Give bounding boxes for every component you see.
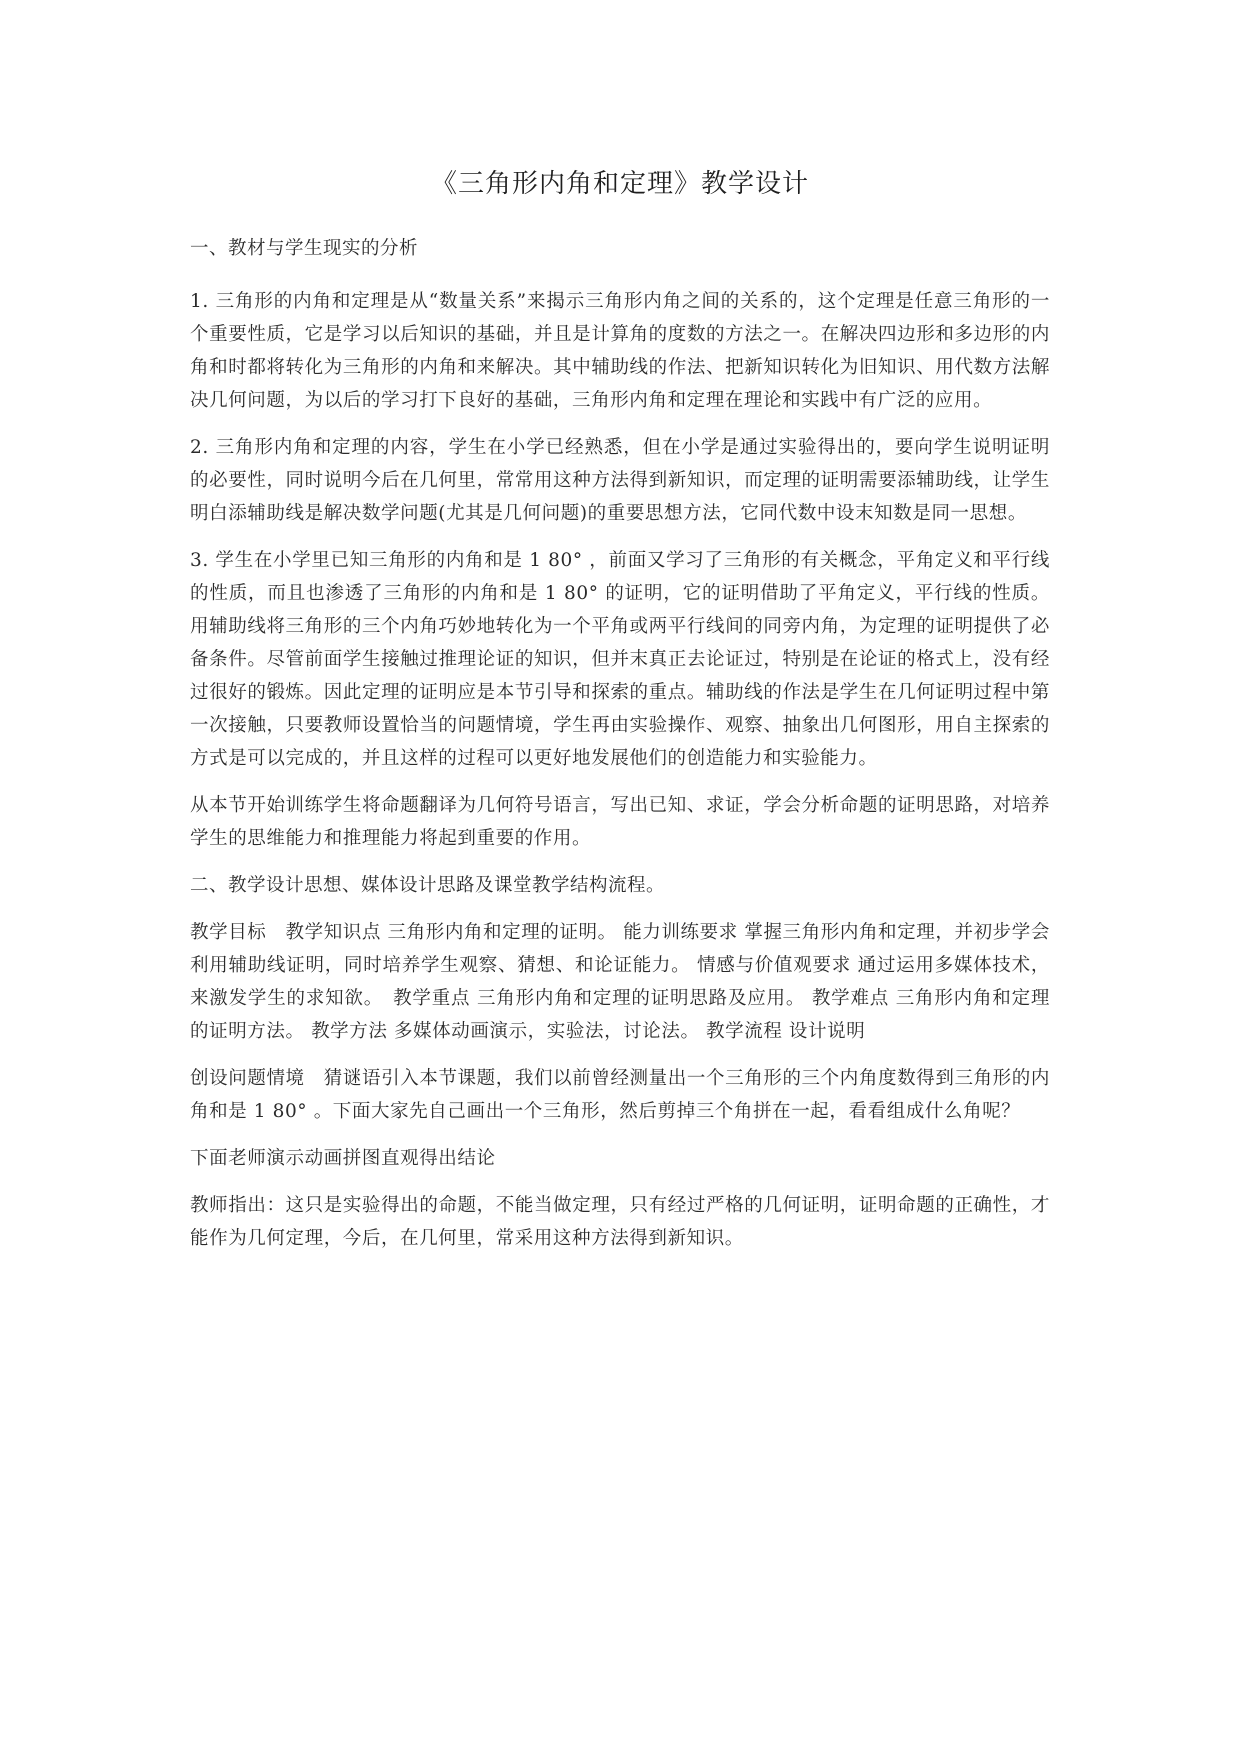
paragraph-1-1: 1. 三角形的内角和定理是从“数量关系”来揭示三角形内角之间的关系的，这个定理是… (190, 285, 1050, 417)
document-page: 《三角形内角和定理》教学设计 一、教材与学生现实的分析 1. 三角形的内角和定理… (190, 160, 1050, 1255)
paragraph-2-2: 创设问题情境 猜谜语引入本节课题，我们以前曾经测量出一个三角形的三个内角度数得到… (190, 1062, 1050, 1128)
section-heading-2: 二、教学设计思想、媒体设计思路及课堂教学结构流程。 (190, 869, 1050, 902)
document-title: 《三角形内角和定理》教学设计 (190, 164, 1050, 204)
paragraph-2-4: 教师指出：这只是实验得出的命题，不能当做定理，只有经过严格的几何证明，证明命题的… (190, 1189, 1050, 1255)
section-heading-1: 一、教材与学生现实的分析 (190, 232, 1050, 265)
paragraph-1-4: 从本节开始训练学生将命题翻译为几何符号语言，写出已知、求证，学会分析命题的证明思… (190, 789, 1050, 855)
paragraph-1-3: 3. 学生在小学里已知三角形的内角和是 1 80° ，前面又学习了三角形的有关概… (190, 544, 1050, 775)
paragraph-1-2: 2. 三角形内角和定理的内容，学生在小学已经熟悉，但在小学是通过实验得出的，要向… (190, 431, 1050, 530)
paragraph-2-1: 教学目标 教学知识点 三角形内角和定理的证明。 能力训练要求 掌握三角形内角和定… (190, 916, 1050, 1048)
paragraph-2-3: 下面老师演示动画拼图直观得出结论 (190, 1142, 1050, 1175)
